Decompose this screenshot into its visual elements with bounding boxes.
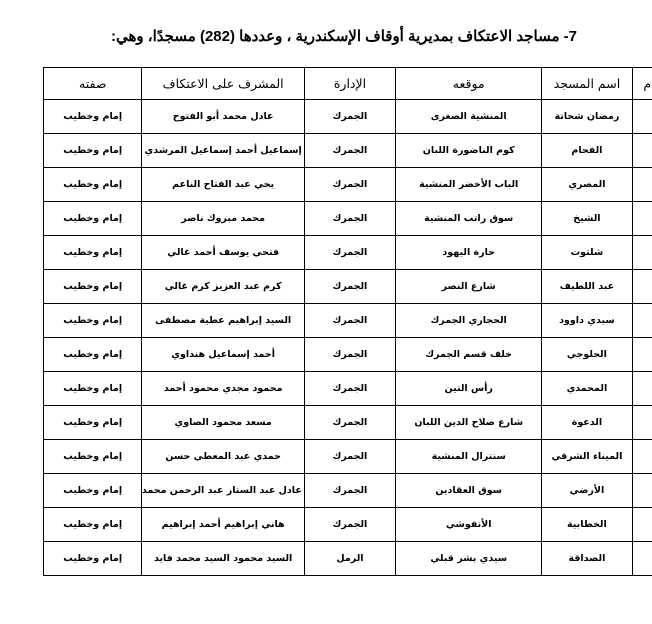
cell-num	[632, 372, 652, 406]
cell-mosque-name: الشيخ	[542, 202, 632, 236]
cell-supervisor: عادل محمد أبو الفتوح	[142, 100, 304, 134]
cell-mosque-name: الميناء الشرقي	[542, 440, 632, 474]
cell-role: إمام وخطيب	[44, 134, 142, 168]
cell-supervisor: السيد محمود السيد محمد فايد	[142, 542, 304, 576]
cell-mosque-name: المحمدي	[542, 372, 632, 406]
cell-num	[632, 202, 652, 236]
cell-num	[632, 542, 652, 576]
cell-role: إمام وخطيب	[44, 236, 142, 270]
cell-supervisor: السيد إبراهيم عطية مصطفى	[142, 304, 304, 338]
table-row: الحلوجي خلف قسم الجمرك الجمرك أحمد إسماع…	[44, 338, 652, 372]
cell-mosque-name: الفحام	[542, 134, 632, 168]
header-num: م	[632, 68, 652, 100]
cell-department: الجمرك	[304, 168, 395, 202]
cell-location: الأنفوشي	[396, 508, 542, 542]
cell-num	[632, 406, 652, 440]
header-role: صفته	[44, 68, 142, 100]
cell-num	[632, 474, 652, 508]
cell-role: إمام وخطيب	[44, 202, 142, 236]
mosques-table: م اسم المسجد موقعه الإدارة المشرف على ال…	[43, 67, 652, 576]
cell-supervisor: حمدي عبد المعطي حسن	[142, 440, 304, 474]
cell-department: الجمرك	[304, 236, 395, 270]
cell-location: شارع النصر	[396, 270, 542, 304]
table-row: عبد اللطيف شارع النصر الجمرك كرم عبد الع…	[44, 270, 652, 304]
header-supervisor: المشرف على الاعتكاف	[142, 68, 304, 100]
table-row: رمضان شحاتة المنشية الصغرى الجمرك عادل م…	[44, 100, 652, 134]
cell-role: إمام وخطيب	[44, 338, 142, 372]
table-row: الدعوة شارع صلاح الدين اللبان الجمرك مسع…	[44, 406, 652, 440]
cell-role: إمام وخطيب	[44, 372, 142, 406]
table-row: الصداقة سيدي بشر قبلي الرمل السيد محمود …	[44, 542, 652, 576]
cell-department: الجمرك	[304, 134, 395, 168]
cell-location: شارع صلاح الدين اللبان	[396, 406, 542, 440]
section-heading: 7- مساجد الاعتكاف بمديرية أوقاف الإسكندر…	[57, 26, 577, 48]
cell-location: سوق العقادين	[396, 474, 542, 508]
cell-location: الحجاري الجمرك	[396, 304, 542, 338]
table-row: الفحام كوم الناضورة اللبان الجمرك إسماعي…	[44, 134, 652, 168]
table-row: الأرضي سوق العقادين الجمرك عادل عبد الست…	[44, 474, 652, 508]
cell-supervisor: مسعد محمود الصاوي	[142, 406, 304, 440]
cell-department: الجمرك	[304, 440, 395, 474]
cell-role: إمام وخطيب	[44, 440, 142, 474]
table-row: سيدي داوود الحجاري الجمرك الجمرك السيد إ…	[44, 304, 652, 338]
cell-num	[632, 100, 652, 134]
cell-location: المنشية الصغرى	[396, 100, 542, 134]
cell-location: الباب الأخضر المنشية	[396, 168, 542, 202]
cell-mosque-name: عبد اللطيف	[542, 270, 632, 304]
table-row: المحمدي رأس التين الجمرك محمود مجدي محمو…	[44, 372, 652, 406]
document-page: 7- مساجد الاعتكاف بمديرية أوقاف الإسكندر…	[0, 0, 652, 624]
cell-num	[632, 270, 652, 304]
cell-role: إمام وخطيب	[44, 304, 142, 338]
cell-location: رأس التين	[396, 372, 542, 406]
cell-department: الجمرك	[304, 372, 395, 406]
cell-supervisor: يحي عبد الفتاح الناعم	[142, 168, 304, 202]
header-department: الإدارة	[304, 68, 395, 100]
cell-department: الجمرك	[304, 338, 395, 372]
cell-role: إمام وخطيب	[44, 406, 142, 440]
header-mosque-name: اسم المسجد	[542, 68, 632, 100]
cell-supervisor: محمد مبروك ناصر	[142, 202, 304, 236]
cell-location: كوم الناضورة اللبان	[396, 134, 542, 168]
cell-location: سوق راتب المنشية	[396, 202, 542, 236]
cell-supervisor: فتحي يوسف أحمد غالي	[142, 236, 304, 270]
cell-department: الجمرك	[304, 202, 395, 236]
table-row: الشيخ سوق راتب المنشية الجمرك محمد مبروك…	[44, 202, 652, 236]
cell-department: الجمرك	[304, 508, 395, 542]
cell-mosque-name: الحلوجي	[542, 338, 632, 372]
cell-supervisor: أحمد إسماعيل هنداوي	[142, 338, 304, 372]
cell-mosque-name: سيدي داوود	[542, 304, 632, 338]
cell-department: الجمرك	[304, 474, 395, 508]
cell-supervisor: هاني إبراهيم أحمد إبراهيم	[142, 508, 304, 542]
cell-num	[632, 338, 652, 372]
cell-location: سنترال المنشية	[396, 440, 542, 474]
cell-location: سيدي بشر قبلي	[396, 542, 542, 576]
table-header-row: م اسم المسجد موقعه الإدارة المشرف على ال…	[44, 68, 652, 100]
cell-role: إمام وخطيب	[44, 100, 142, 134]
cell-num	[632, 508, 652, 542]
cell-num	[632, 134, 652, 168]
cell-department: الجمرك	[304, 304, 395, 338]
cell-role: إمام وخطيب	[44, 474, 142, 508]
table-row: شلتوت حارة اليهود الجمرك فتحي يوسف أحمد …	[44, 236, 652, 270]
cell-mosque-name: المصري	[542, 168, 632, 202]
cell-num	[632, 236, 652, 270]
cell-num	[632, 304, 652, 338]
table-row: الخطابية الأنفوشي الجمرك هاني إبراهيم أح…	[44, 508, 652, 542]
cell-location: حارة اليهود	[396, 236, 542, 270]
cell-mosque-name: الدعوة	[542, 406, 632, 440]
cell-mosque-name: رمضان شحاتة	[542, 100, 632, 134]
cell-role: إمام وخطيب	[44, 508, 142, 542]
cell-mosque-name: شلتوت	[542, 236, 632, 270]
cell-role: إمام وخطيب	[44, 168, 142, 202]
cell-supervisor: إسماعيل أحمد إسماعيل المرشدي	[142, 134, 304, 168]
table-row: الميناء الشرقي سنترال المنشية الجمرك حمد…	[44, 440, 652, 474]
header-location: موقعه	[396, 68, 542, 100]
cell-department: الجمرك	[304, 406, 395, 440]
cell-num	[632, 440, 652, 474]
cell-department: الجمرك	[304, 270, 395, 304]
cell-department: الجمرك	[304, 100, 395, 134]
cell-mosque-name: الأرضي	[542, 474, 632, 508]
cell-num	[632, 168, 652, 202]
cell-supervisor: كرم عبد العزيز كرم غالي	[142, 270, 304, 304]
cell-supervisor: عادل عبد الستار عبد الرحمن محمد	[142, 474, 304, 508]
cell-role: إمام وخطيب	[44, 270, 142, 304]
cell-role: إمام وخطيب	[44, 542, 142, 576]
cell-department: الرمل	[304, 542, 395, 576]
cell-mosque-name: الخطابية	[542, 508, 632, 542]
cell-location: خلف قسم الجمرك	[396, 338, 542, 372]
cell-supervisor: محمود مجدي محمود أحمد	[142, 372, 304, 406]
cell-mosque-name: الصداقة	[542, 542, 632, 576]
table-row: المصري الباب الأخضر المنشية الجمرك يحي ع…	[44, 168, 652, 202]
